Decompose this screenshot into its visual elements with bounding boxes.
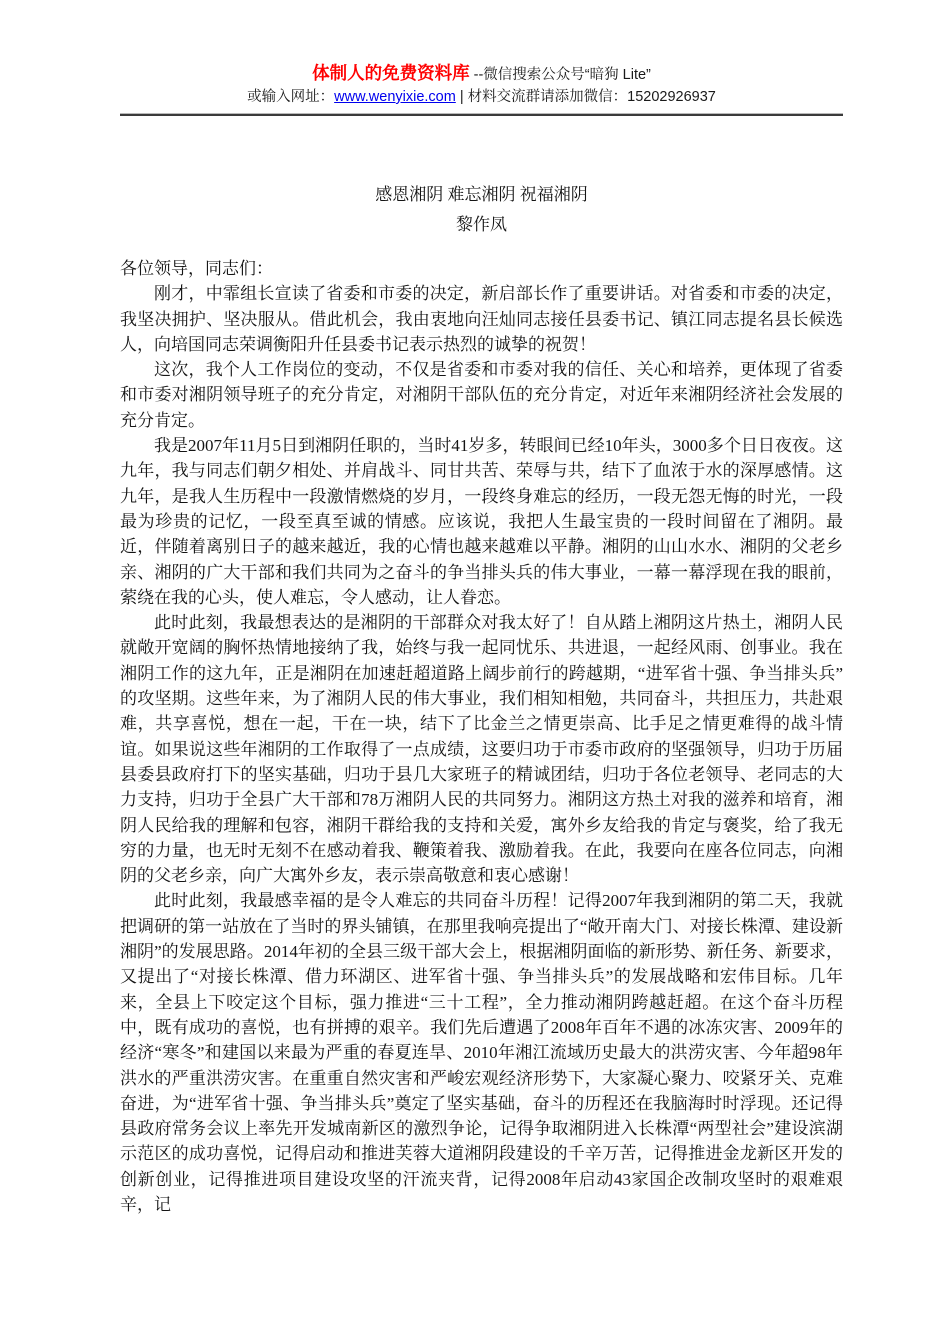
body-paragraph: 此时此刻，我最感幸福的是令人难忘的共同奋斗历程！记得2007年我到湘阴的第二天，… bbox=[120, 888, 843, 1217]
body-paragraph: 此时此刻，我最想表达的是湘阴的干部群众对我太好了！自从踏上湘阴这片热土，湘阴人民… bbox=[120, 610, 843, 888]
banner-line1: 体制人的免费资料库 --微信搜索公众号“暗狗 Lite” bbox=[120, 62, 843, 86]
paragraph-list: 刚才，中霏组长宣读了省委和市委的决定，新启部长作了重要讲话。对省委和市委的决定，… bbox=[120, 281, 843, 1217]
body-paragraph: 这次，我个人工作岗位的变动，不仅是省委和市委对我的信任、关心和培养，更体现了省委… bbox=[120, 357, 843, 433]
doc-title: 感恩湘阴 难忘湘阴 祝福湘阴 bbox=[120, 180, 843, 210]
document-page: 体制人的免费资料库 --微信搜索公众号“暗狗 Lite” 或输入网址：www.w… bbox=[0, 0, 950, 1344]
promo-banner: 体制人的免费资料库 --微信搜索公众号“暗狗 Lite” 或输入网址：www.w… bbox=[120, 62, 843, 116]
banner-wechat-info: | 材料交流群请添加微信：15202926937 bbox=[456, 89, 716, 105]
doc-author: 黎作凤 bbox=[120, 210, 843, 240]
banner-brand: 体制人的免费资料库 bbox=[312, 63, 470, 83]
banner-url-link[interactable]: www.wenyixie.com bbox=[334, 89, 456, 105]
banner-url-prefix: 或输入网址： bbox=[247, 89, 334, 105]
body-paragraph: 我是2007年11月5日到湘阴任职的，当时41岁多，转眼间已经10年头，3000… bbox=[120, 433, 843, 610]
document-content: 感恩湘阴 难忘湘阴 祝福湘阴 黎作凤 各位领导，同志们： 刚才，中霏组长宣读了省… bbox=[120, 180, 843, 1217]
banner-line2: 或输入网址：www.wenyixie.com | 材料交流群请添加微信：1520… bbox=[120, 86, 843, 108]
body-paragraph: 刚才，中霏组长宣读了省委和市委的决定，新启部长作了重要讲话。对省委和市委的决定，… bbox=[120, 281, 843, 357]
salutation: 各位领导，同志们： bbox=[120, 256, 843, 281]
banner-brand-suffix: --微信搜索公众号“暗狗 Lite” bbox=[470, 67, 651, 83]
